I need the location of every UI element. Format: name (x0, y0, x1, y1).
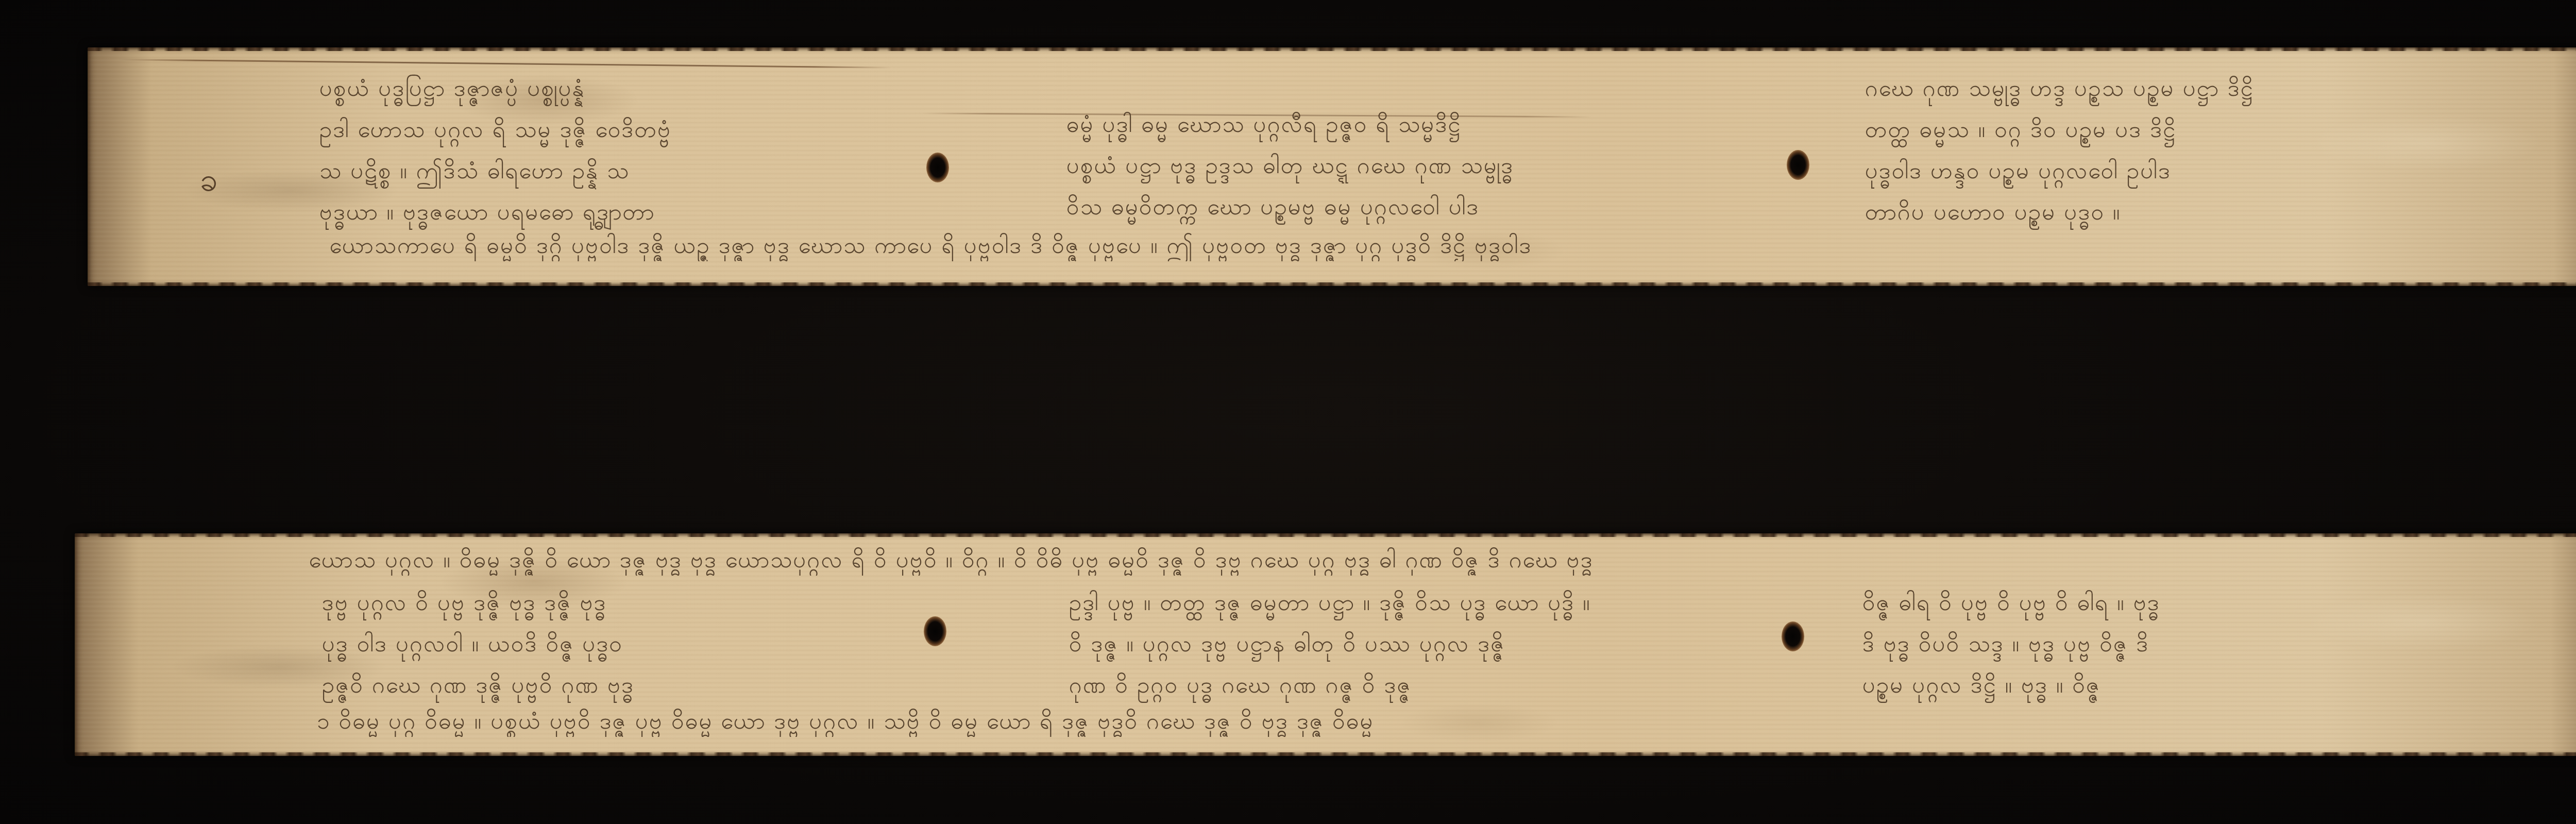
text-column-left: ဒုဗ္ဗ ပုဂ္ဂလ ဝိ ပုဗ္ဗ ဒုဇ္ဇိ ဗုဒ္ဓ ဒုဇ္ဇ… (322, 582, 634, 706)
text-line: ပဉ္စမ ပုဂ္ဂလ ဒိဋ္ဌိ ။ ဗုဒ္ဓ ။ ဝိဇ္ဇ (1862, 665, 2160, 706)
text-line: တာဂိပ ပဟောဝ ပဉ္စမ ပုဒ္ဓဝ ။ (1865, 192, 2254, 233)
binding-hole (1787, 150, 1809, 180)
text-line-bottom: ၁ ဝိဓမ္မ ပုဂ္ဂ ဝိဓမ္မ ။ ပစ္စယံ ပုဗ္ဗဝိ ဒ… (317, 706, 2429, 737)
text-column-right: ဝိဇ္ဇ ဓါရ ဝိ ပုဗ္ဗ ဝိ ပုဗ္ဗ ဝိ ဓါရ ။ ဗုဒ… (1862, 582, 2160, 706)
text-line: ဂုဏ ဝိ ဥဂ္ဂဝ ပုဒ္ဓ ဂဃေ ဂုဏ ဂဇ္ဇ ဝိ ဒုဇ္ဇ (1069, 665, 1591, 706)
leaf-edge-top (75, 533, 2576, 537)
text-column-left: ပစ္စယံ ပုဒ္ဓပြဋ္ဌာ ဒုဇ္ဇာဇပ္ပံ ပစ္စုပ္ပန… (319, 68, 672, 233)
folio-number-mark: ခ (200, 160, 218, 207)
leaf-crack (118, 59, 891, 69)
text-line: ပုဒ္ဓ ဝါဒ ပုဂ္ဂလဝါ ။ ယဝဒိ ဝိဇ္ဇ ပုဒ္ဓဝ (322, 624, 634, 665)
text-line: သ ပဋိစ္စ ။ ဤဒိသံ ဓါရဟော ဥန္နိ သ (319, 150, 672, 192)
text-line: ဗုဒ္ဓယာ ။ ဗုဒ္ဓဇယော ပရမဓော ရုဒ္ဓျာတာ (319, 192, 672, 233)
text-column-center: ဥဒ္ဒါ ပုဗ္ဗ ။ တတ္ထ ဒုဇ္ဇ ဓမ္မတာ ပဋ္ဌာ ။ … (1069, 582, 1591, 706)
binding-hole (926, 153, 949, 182)
text-column-right: ဂဃေ ဂုဏ သမ္ဗုဒ္ဓ ဟဒ္ဒ ပဉ္စသ ပဉ္စမ ပဋ္ဌာ … (1865, 68, 2254, 233)
text-line-top: ယောသ ပုဂ္ဂလ ။ ဝိဓမ္မ ဒုဇ္ဇိ ဝိ ယော ဒုဇ္ဇ… (309, 545, 2421, 576)
text-line: ဥဒါ ဟောသ ပုဂ္ဂလ ရိ သမ္မ ဒုဇ္ဇိ ဝေဒိတဗ္ဗံ (319, 109, 672, 150)
text-line: ဥဒ္ဒါ ပုဗ္ဗ ။ တတ္ထ ဒုဇ္ဇ ဓမ္မတာ ပဋ္ဌာ ။ … (1069, 582, 1591, 624)
leaf-edge-top (88, 47, 2576, 51)
text-line: ပစ္စယံ ပုဒ္ဓပြဋ္ဌာ ဒုဇ္ဇာဇပ္ပံ ပစ္စုပ္ပန… (319, 68, 672, 109)
palm-leaf-folio-2: ယောသ ပုဂ္ဂလ ။ ဝိဓမ္မ ဒုဇ္ဇိ ဝိ ယော ဒုဇ္ဇ… (75, 533, 2576, 756)
text-line: ပုဒ္ဓဝါဒ ဟန္ဒဝ ပဉ္စမ ပုဂ္ဂလဝေါ ဥပါဒ (1865, 150, 2254, 192)
text-line: ဥဇ္ဇဝိ ဂဃေ ဂုဏ ဒုဇ္ဇိ ပုဗ္ဗဝိ ဂုဏ ဗုဒ္ဓ (322, 665, 634, 706)
text-line: ပစ္စယံ ပဋ္ဌာ ဗုဒ္ဓ ဥဒ္ဒသ ဓါတု ဃဋ္ဋ ဂဃေ ဂ… (1066, 145, 1514, 187)
text-line: ဒုဗ္ဗ ပုဂ္ဂလ ဝိ ပုဗ္ဗ ဒုဇ္ဇိ ဗုဒ္ဓ ဒုဇ္ဇ… (322, 582, 634, 624)
binding-hole (1782, 621, 1804, 651)
text-line: ဝိသ ဓမ္မဝိတက္က ဃော ပဉ္စမဗ္ဗ ဓမ္မ ပုဂ္ဂလဝ… (1066, 187, 1514, 228)
text-line: ဂဃေ ဂုဏ သမ္ဗုဒ္ဓ ဟဒ္ဒ ပဉ္စသ ပဉ္စမ ပဋ္ဌာ … (1865, 68, 2254, 109)
text-line: ဒိ ဗုဒ္ဓ ဝိပဝိ သဒ္ဒ ။ ဗုဒ္ဓ ပုဗ္ဗ ဝိဇ္ဇ … (1862, 624, 2160, 665)
text-line: ဝိ ဒုဇ္ဇ ။ ပုဂ္ဂလ ဒုဗ္ဗ ပဋ္ဌာန ဓါတု ဝိ ပ… (1069, 624, 1591, 665)
leaf-edge-bottom (88, 282, 2576, 286)
text-line: ဓမ္မံ ပုဒ္ဓါ ဓမ္မ ဃောသ ပုဂ္ဂလီရ ဥဇ္ဇဝ ရိ… (1066, 104, 1514, 145)
text-line: တတ္ထ ဓမ္မသ ။ ဝဂ္ဂ ဒိဝ ပဉ္စမ ပဒ ဒိဋ္ဌိ (1865, 109, 2254, 150)
text-line-bottom: ယောသကာပေ ရိ ဓမ္မဝိ ဒုဂ္ဂိ ပုဗ္ဗဝါဒ ဒုဇ္ဇ… (330, 230, 2416, 261)
leaf-edge-bottom (75, 752, 2576, 756)
text-line: ဝိဇ္ဇ ဓါရ ဝိ ပုဗ္ဗ ဝိ ပုဗ္ဗ ဝိ ဓါရ ။ ဗုဒ… (1862, 582, 2160, 624)
text-column-center: ဓမ္မံ ပုဒ္ဓါ ဓမ္မ ဃောသ ပုဂ္ဂလီရ ဥဇ္ဇဝ ရိ… (1066, 104, 1514, 228)
binding-hole (924, 616, 946, 646)
palm-leaf-folio-1: ခ ပစ္စယံ ပုဒ္ဓပြဋ္ဌာ ဒုဇ္ဇာဇပ္ပံ ပစ္စုပ္… (88, 47, 2576, 286)
